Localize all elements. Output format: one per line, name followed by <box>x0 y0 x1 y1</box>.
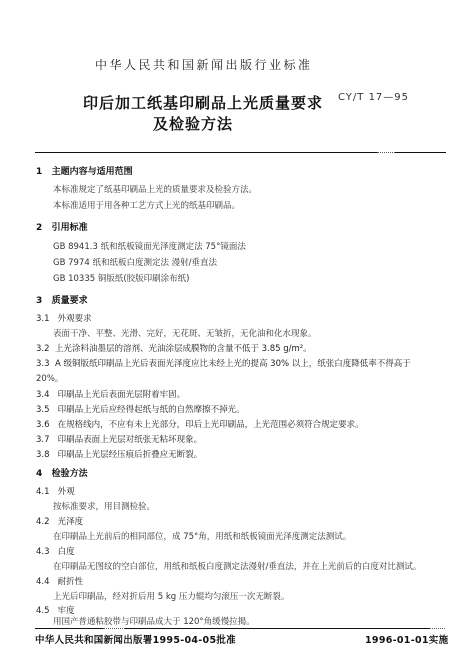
clause-3-5: 3.5 印刷品上光后应经得起纸与纸的自然摩擦不掉光。 <box>36 403 245 415</box>
clause-4-4: 4.4 耐折性 <box>36 575 83 587</box>
footer-rule-left <box>35 628 103 629</box>
section-title: 主题内容与适用范围 <box>52 167 133 177</box>
document-title-line2: 及检验方法 <box>153 113 233 134</box>
clause-3-8: 3.8 印刷品上光层经压痕后折叠应无断裂。 <box>36 448 202 460</box>
footer-rule-end-dots <box>429 628 445 630</box>
clause-4-5-body: 用国产普通粘胶带与印刷品成大于 120°角缓慢拉揭。 <box>53 615 255 627</box>
reference-item: GB 8941.3 纸和纸板镜面光泽度测定法 75°镜面法 <box>53 240 246 252</box>
implementation-date: 1996-01-01实施 <box>365 632 448 646</box>
section-number: 2 <box>36 223 42 233</box>
paragraph: 本标准适用于用各种工艺方式上光的纸基印刷品。 <box>53 199 240 211</box>
clause-4-1: 4.1 外观 <box>36 485 75 497</box>
section-number: 1 <box>36 167 42 177</box>
industry-standard-label: 中华人民共和国新闻出版行业标准 <box>95 56 313 73</box>
clause-4-2: 4.2 光泽度 <box>36 515 83 527</box>
approval-note: 中华人民共和国新闻出版署1995-04-05批准 <box>35 632 236 646</box>
clause-3-1: 3.1 外观要求 <box>36 312 92 324</box>
clause-4-2-body: 在印刷品上光前后的相同部位，成 75°角，用纸和纸板镜面光泽度测定法测试。 <box>53 530 351 542</box>
clause-4-4-body: 上光后印刷品，经对折后用 5 kg 压力辊均匀滚压一次无断裂。 <box>53 590 289 602</box>
clause-3-3: 3.3 A 级铜版纸印刷品上光后表面光泽度应比未经上光的提高 30% 以上，纸张… <box>36 357 411 369</box>
standard-code: CY/T 17—95 <box>338 92 409 103</box>
clause-4-1-body: 按标准要求，用目测检验。 <box>53 500 155 512</box>
header-rule-left <box>35 152 377 153</box>
section-4-heading: 4 检验方法 <box>36 466 88 479</box>
reference-item: GB 10335 铜版纸(胶版印刷涂布纸) <box>53 272 190 284</box>
clause-3-1-body: 表面干净、平整、光滑、完好，无花斑、无皱折，无化油和化水现象。 <box>53 327 317 339</box>
section-1-heading: 1 主题内容与适用范围 <box>36 164 133 177</box>
clause-3-2: 3.2 上光涂料油墨层的溶剂、光油涂层成膜物的含量不低于 3.85 g/m²。 <box>36 342 312 354</box>
section-number: 4 <box>36 469 42 479</box>
clause-3-7: 3.7 印刷品表面上光层对纸张无粘坏现象。 <box>36 433 202 445</box>
footer-rule-right <box>125 628 429 629</box>
reference-item: GB 7974 纸和纸板白度测定法 漫射/垂直法 <box>53 256 217 268</box>
header-rule-right <box>395 152 446 153</box>
section-title: 质量要求 <box>52 296 88 306</box>
section-3-heading: 3 质量要求 <box>36 293 88 306</box>
clause-3-4: 3.4 印刷品上光后表面光层附着牢固。 <box>36 388 185 400</box>
header-rule-dots <box>377 152 395 154</box>
section-title: 引用标准 <box>52 223 88 233</box>
footer-rule-dots <box>103 628 125 630</box>
section-2-heading: 2 引用标准 <box>36 220 88 233</box>
document-title-line1: 印后加工纸基印刷品上光质量要求 <box>83 92 323 113</box>
section-number: 3 <box>36 296 42 306</box>
section-title: 检验方法 <box>52 469 88 479</box>
clause-4-3-body: 在印刷品无图纹的空白部位，用纸和纸板白度测定法漫射/垂直法，并在上光前后的白度对… <box>53 560 421 572</box>
paragraph: 本标准规定了纸基印刷品上光的质量要求及检验方法。 <box>53 183 257 195</box>
clause-3-6: 3.6 在规格线内，不应有未上光部分，印后上光印刷品，上光范围必须符合规定要求。 <box>36 418 364 430</box>
clause-4-3: 4.3 白度 <box>36 545 75 557</box>
clause-3-3-cont: 20%。 <box>36 372 63 384</box>
